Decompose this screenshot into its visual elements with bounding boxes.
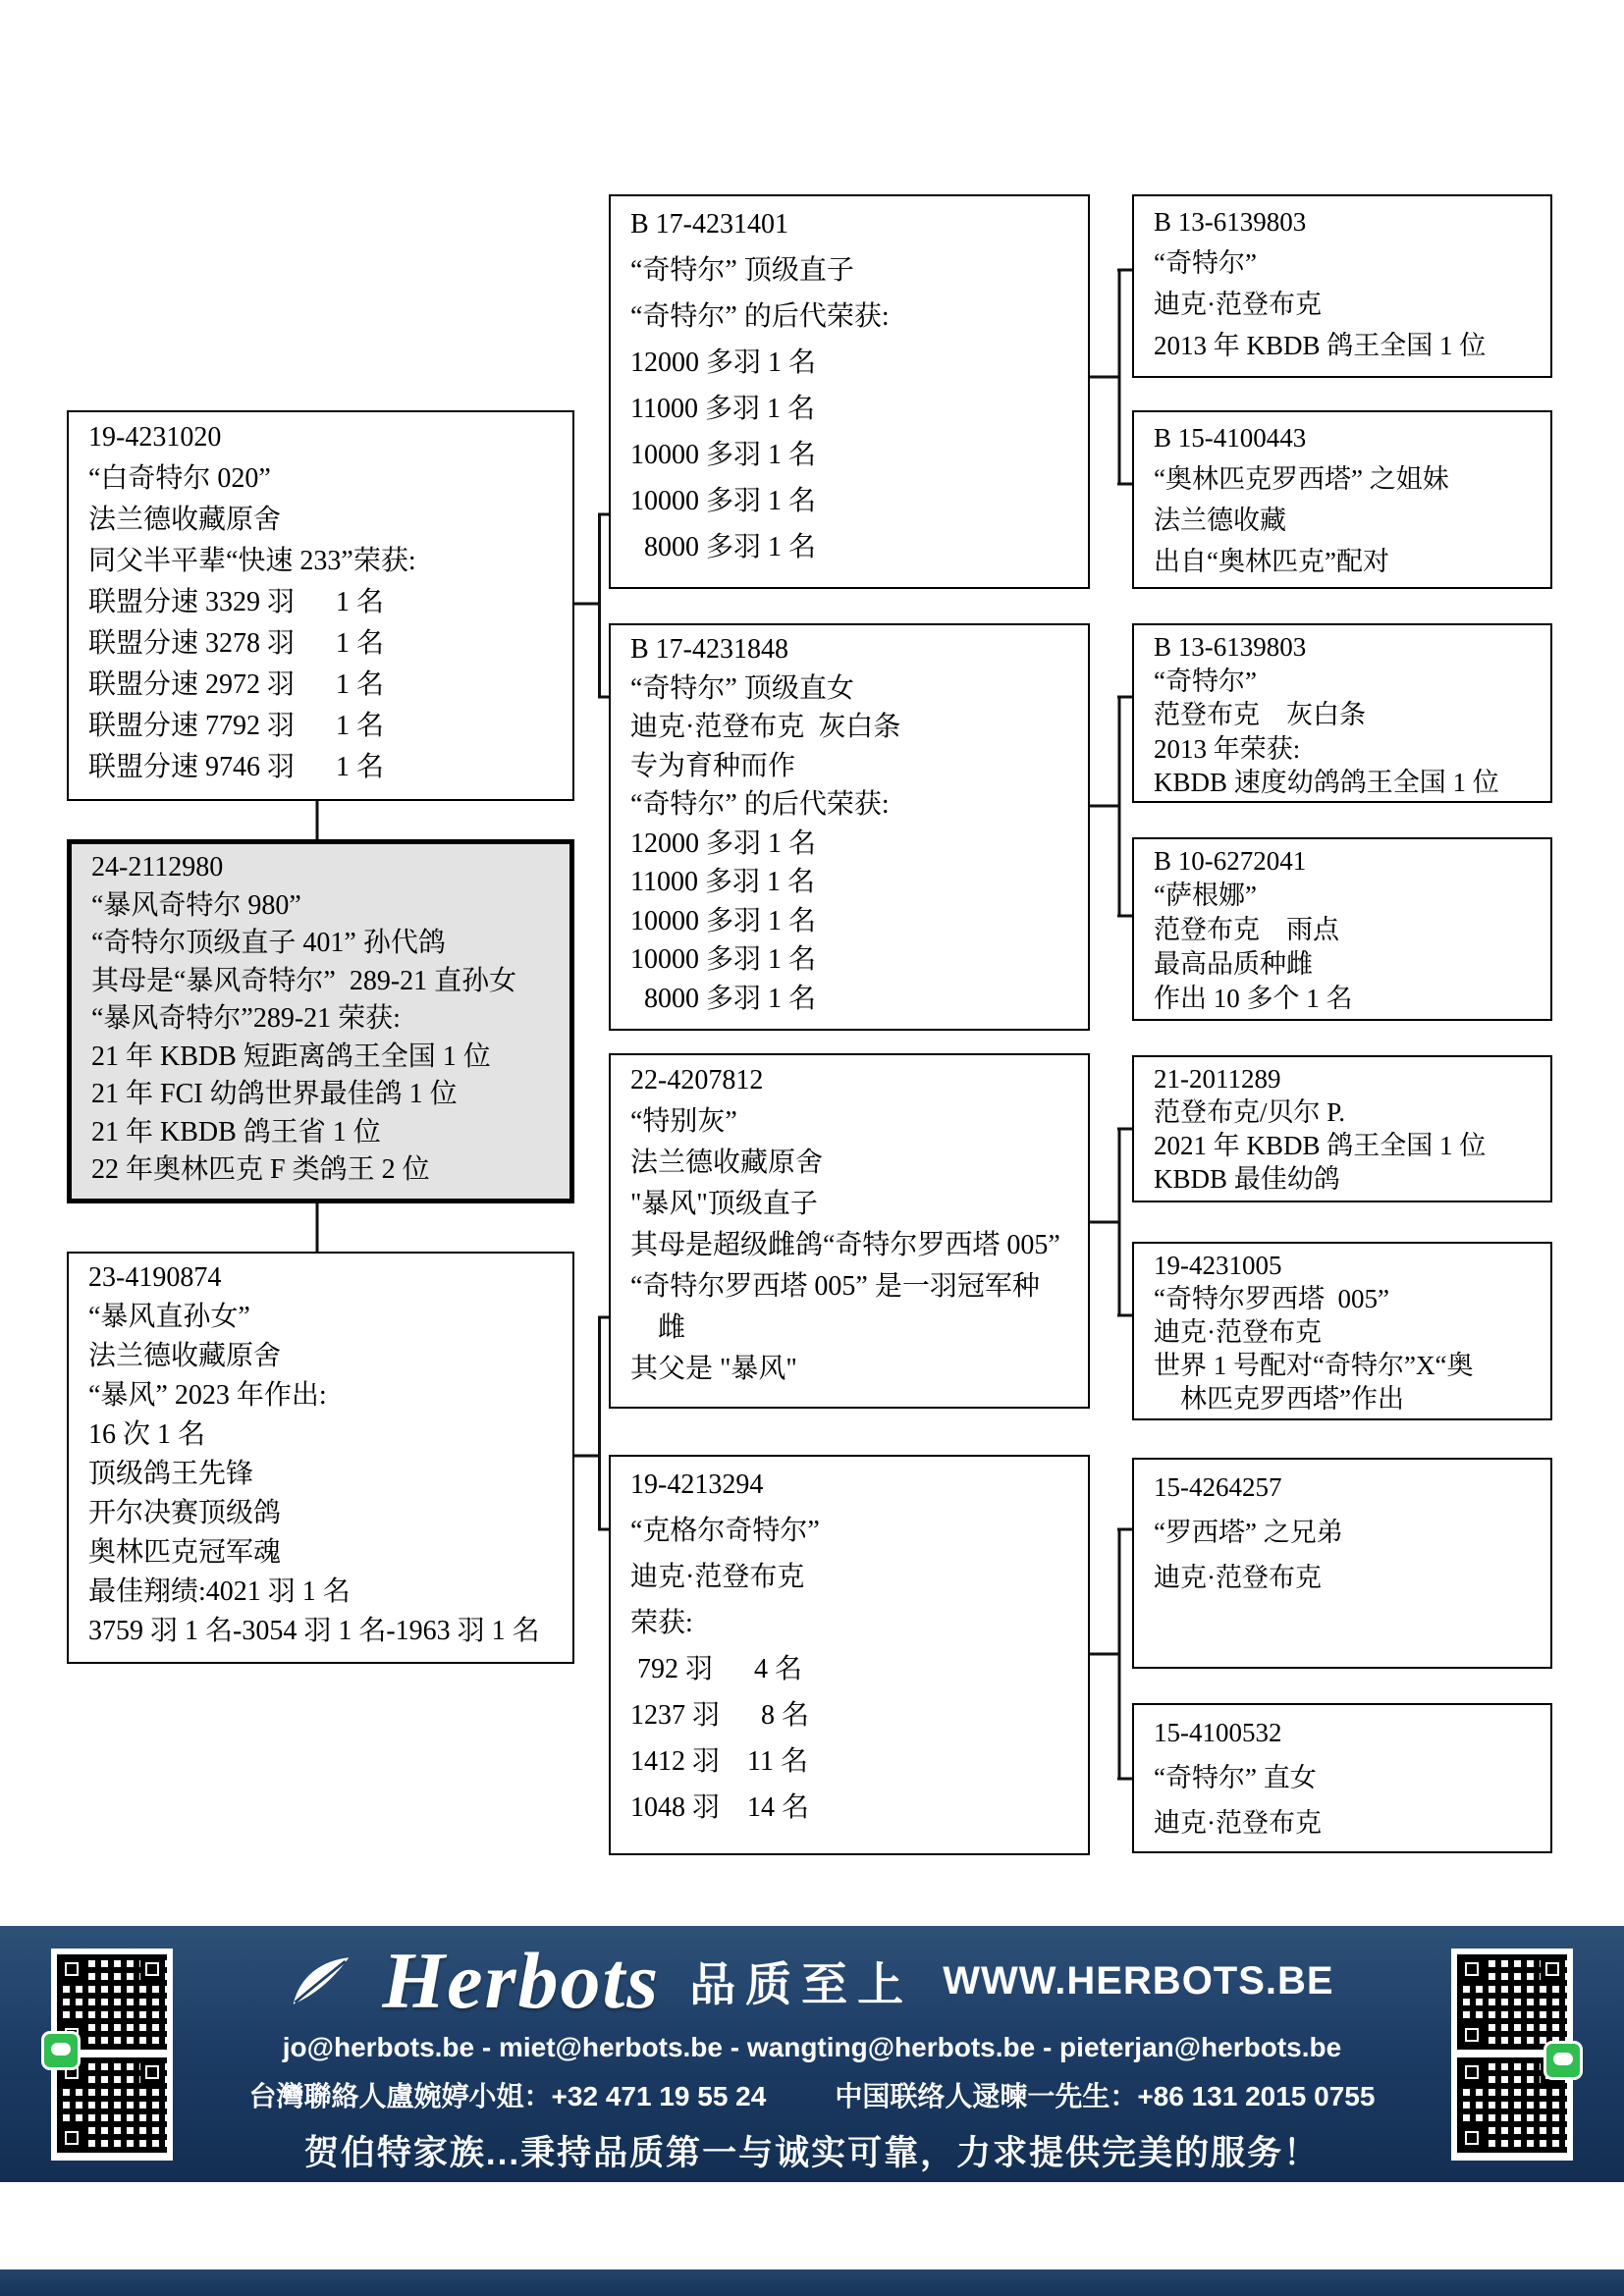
text-line: 3759 羽 1 名-3054 羽 1 名-1963 羽 1 名 bbox=[88, 1612, 565, 1651]
qr-panel-left bbox=[51, 1949, 173, 2161]
text-line: 8000 多羽 1 名 bbox=[630, 980, 1080, 1019]
text-line: 21 年 FCI 幼鸽世界最佳鸽 1 位 bbox=[91, 1076, 562, 1114]
text-line: “罗西塔” 之兄弟 bbox=[1154, 1510, 1543, 1555]
text-line: 8000 多羽 1 名 bbox=[630, 524, 1080, 570]
text-line: B 15-4100443 bbox=[1154, 417, 1543, 458]
text-line: “奇特尔” 顶级直女 bbox=[630, 669, 1080, 709]
text-line: 11000 多羽 1 名 bbox=[630, 863, 1080, 902]
text-line: 12000 多羽 1 名 bbox=[630, 825, 1080, 864]
text-line: “奇特尔” 的后代荣获: bbox=[630, 294, 1080, 340]
text-line: 范登布克 灰白条 bbox=[1154, 698, 1543, 732]
ggp8-box-text: 15-4100532“奇特尔” 直女迪克·范登布克 bbox=[1134, 1705, 1550, 1845]
text-line: 22-4207812 bbox=[630, 1060, 1080, 1101]
text-line: 范登布克/贝尔 P. bbox=[1154, 1095, 1543, 1129]
text-line: 其父是 "暴风" bbox=[630, 1349, 1080, 1390]
maternal-granddam-box-text: 19-4213294“克格尔奇特尔”迪克·范登布克荣获: 792 羽 4 名12… bbox=[611, 1457, 1088, 1831]
ggp6-box: 19-4231005“奇特尔罗西塔 005”迪克·范登布克世界 1 号配对“奇特… bbox=[1132, 1242, 1552, 1420]
ggp4-box: B 10-6272041“萨根娜”范登布克 雨点最高品质种雌作出 10 多个 1… bbox=[1132, 837, 1552, 1021]
text-line: 迪克·范登布克 bbox=[1154, 1555, 1543, 1600]
text-line: 联盟分速 3329 羽 1 名 bbox=[88, 582, 565, 623]
text-line: 作出 10 多个 1 名 bbox=[1154, 982, 1543, 1016]
text-line: 21-2011289 bbox=[1154, 1062, 1543, 1095]
paternal-granddam-box: B 17-4231848“奇特尔” 顶级直女迪克·范登布克 灰白条专为育种而作“… bbox=[609, 623, 1090, 1031]
ggp5-box-text: 21-2011289范登布克/贝尔 P.2021 年 KBDB 鸽王全国 1 位… bbox=[1134, 1057, 1550, 1196]
text-line: 法兰德收藏 bbox=[1154, 500, 1543, 541]
pedigree-page: { "colors": { "line": "#111111", "highli… bbox=[0, 0, 1624, 2296]
text-line: “特别灰” bbox=[630, 1101, 1080, 1143]
qr-code-icon bbox=[1457, 1954, 1567, 2050]
subject-box: 24-2112980“暴风奇特尔 980”“奇特尔顶级直子 401” 孙代鸽其母… bbox=[67, 839, 574, 1203]
text-line: “白奇特尔 020” bbox=[88, 458, 565, 500]
ggp7-box: 15-4264257“罗西塔” 之兄弟迪克·范登布克 bbox=[1132, 1458, 1552, 1669]
footer-tagline: 贺伯特家族...秉持品质第一与诚实可靠，力求提供完美的服务！ bbox=[196, 2126, 1428, 2175]
ggp3-box-text: B 13-6139803“奇特尔”范登布克 灰白条2013 年荣获:KBDB 速… bbox=[1134, 625, 1550, 800]
ggp8-box: 15-4100532“奇特尔” 直女迪克·范登布克 bbox=[1132, 1703, 1552, 1853]
text-line: 同父半平辈“快速 233”荣获: bbox=[88, 541, 565, 582]
text-line: 10000 多羽 1 名 bbox=[630, 940, 1080, 980]
sire-box: 19-4231020“白奇特尔 020”法兰德收藏原舍同父半平辈“快速 233”… bbox=[67, 410, 574, 801]
wechat-icon bbox=[1543, 2041, 1583, 2080]
text-line: “奇特尔罗西塔 005” 是一羽冠军种 bbox=[630, 1266, 1080, 1308]
paternal-grandsire-box-text: B 17-4231401“奇特尔” 顶级直子“奇特尔” 的后代荣获:12000 … bbox=[611, 196, 1088, 570]
text-line: “暴风奇特尔 980” bbox=[91, 887, 562, 926]
text-line: 12000 多羽 1 名 bbox=[630, 340, 1080, 386]
text-line: 迪克·范登布克 bbox=[1154, 284, 1543, 325]
subject-box-text: 24-2112980“暴风奇特尔 980”“奇特尔顶级直子 401” 孙代鸽其母… bbox=[72, 844, 569, 1190]
text-line: 19-4231005 bbox=[1154, 1249, 1543, 1282]
text-line: 10000 多羽 1 名 bbox=[630, 432, 1080, 478]
text-line: “暴风” 2023 年作出: bbox=[88, 1376, 565, 1415]
text-line: 1412 羽 11 名 bbox=[630, 1738, 1080, 1785]
text-line: 10000 多羽 1 名 bbox=[630, 902, 1080, 941]
text-line: B 17-4231401 bbox=[630, 201, 1080, 247]
text-line: 世界 1 号配对“奇特尔”X“奥 bbox=[1154, 1349, 1543, 1382]
text-line: “奇特尔” bbox=[1154, 665, 1543, 699]
footer-contacts: 台灣聯絡人盧婉婷小姐：+32 471 19 55 24 中国联络人逯暕一先生：+… bbox=[196, 2075, 1428, 2114]
text-line: 1048 羽 14 名 bbox=[630, 1785, 1080, 1831]
text-line: 其母是超级雌鸽“奇特尔罗西塔 005” bbox=[630, 1225, 1080, 1266]
text-line: 迪克·范登布克 bbox=[1154, 1315, 1543, 1349]
maternal-granddam-box: 19-4213294“克格尔奇特尔”迪克·范登布克荣获: 792 羽 4 名12… bbox=[609, 1455, 1090, 1855]
ggp4-box-text: B 10-6272041“萨根娜”范登布克 雨点最高品质种雌作出 10 多个 1… bbox=[1134, 839, 1550, 1016]
text-line: B 10-6272041 bbox=[1154, 844, 1543, 879]
text-line: 11000 多羽 1 名 bbox=[630, 386, 1080, 432]
text-line: “奇特尔罗西塔 005” bbox=[1154, 1282, 1543, 1315]
qr-code-icon bbox=[57, 2057, 167, 2153]
text-line: “暴风直孙女” bbox=[88, 1298, 565, 1337]
text-line: 林匹克罗西塔”作出 bbox=[1154, 1382, 1543, 1415]
text-line: 联盟分速 3278 羽 1 名 bbox=[88, 623, 565, 665]
text-line: “奇特尔顶级直子 401” 孙代鸽 bbox=[91, 925, 562, 963]
text-line: “奇特尔” 的后代荣获: bbox=[630, 785, 1080, 825]
text-line: B 17-4231848 bbox=[630, 630, 1080, 669]
paternal-grandsire-box: B 17-4231401“奇特尔” 顶级直子“奇特尔” 的后代荣获:12000 … bbox=[609, 194, 1090, 589]
text-line: B 13-6139803 bbox=[1154, 201, 1543, 242]
text-line: 法兰德收藏原舍 bbox=[630, 1143, 1080, 1184]
text-line: 联盟分速 9746 羽 1 名 bbox=[88, 747, 565, 788]
line-app-icon bbox=[41, 2031, 81, 2070]
ggp5-box: 21-2011289范登布克/贝尔 P.2021 年 KBDB 鸽王全国 1 位… bbox=[1132, 1055, 1552, 1202]
text-line: 法兰德收藏原舍 bbox=[88, 500, 565, 541]
text-line: 792 羽 4 名 bbox=[630, 1646, 1080, 1692]
text-line: 联盟分速 2972 羽 1 名 bbox=[88, 665, 565, 706]
text-line: 24-2112980 bbox=[91, 849, 562, 887]
text-line: 开尔决赛顶级鸽 bbox=[88, 1494, 565, 1533]
text-line: 联盟分速 7792 羽 1 名 bbox=[88, 706, 565, 747]
ggp2-box-text: B 15-4100443“奥林匹克罗西塔” 之姐妹法兰德收藏出自“奥林匹克”配对 bbox=[1134, 412, 1550, 582]
text-line: B 13-6139803 bbox=[1154, 630, 1543, 665]
text-line: 法兰德收藏原舍 bbox=[88, 1337, 565, 1376]
sire-box-text: 19-4231020“白奇特尔 020”法兰德收藏原舍同父半平辈“快速 233”… bbox=[69, 412, 572, 788]
qr-panel-right bbox=[1451, 1949, 1573, 2161]
text-line: 15-4264257 bbox=[1154, 1465, 1543, 1510]
text-line: 10000 多羽 1 名 bbox=[630, 478, 1080, 524]
footer-slogan: 品质至上 bbox=[689, 1949, 913, 2014]
ggp6-box-text: 19-4231005“奇特尔罗西塔 005”迪克·范登布克世界 1 号配对“奇特… bbox=[1134, 1244, 1550, 1415]
text-line: “奇特尔” bbox=[1154, 242, 1543, 284]
text-line: “奥林匹克罗西塔” 之姐妹 bbox=[1154, 458, 1543, 500]
text-line: 21 年 KBDB 鸽王省 1 位 bbox=[91, 1114, 562, 1152]
text-line: “奇特尔” 顶级直子 bbox=[630, 247, 1080, 294]
ggp2-box: B 15-4100443“奥林匹克罗西塔” 之姐妹法兰德收藏出自“奥林匹克”配对 bbox=[1132, 410, 1552, 589]
text-line: “奇特尔” 直女 bbox=[1154, 1755, 1543, 1800]
text-line: KBDB 最佳幼鸽 bbox=[1154, 1162, 1543, 1196]
herbots-logo: Herbots bbox=[382, 1935, 660, 2027]
text-line: KBDB 速度幼鸽鸽王全国 1 位 bbox=[1154, 766, 1543, 800]
text-line: 23-4190874 bbox=[88, 1258, 565, 1298]
contact-china: 中国联络人逯暕一先生：+86 131 2015 0755 bbox=[835, 2075, 1375, 2114]
ggp1-box-text: B 13-6139803“奇特尔”迪克·范登布克2013 年 KBDB 鸽王全国… bbox=[1134, 196, 1550, 366]
maternal-grandsire-box-text: 22-4207812“特别灰”法兰德收藏原舍"暴风"顶级直子其母是超级雌鸽“奇特… bbox=[611, 1055, 1088, 1390]
text-line: 15-4100532 bbox=[1154, 1710, 1543, 1755]
text-line: “暴风奇特尔”289-21 荣获: bbox=[91, 1000, 562, 1039]
text-line: 范登布克 雨点 bbox=[1154, 913, 1543, 947]
text-line: 16 次 1 名 bbox=[88, 1415, 565, 1455]
text-line: 迪克·范登布克 灰白条 bbox=[630, 708, 1080, 747]
footer-emails[interactable]: jo@herbots.be - miet@herbots.be - wangti… bbox=[196, 2032, 1428, 2063]
text-line: 2021 年 KBDB 鸽王全国 1 位 bbox=[1154, 1129, 1543, 1162]
text-line: 2013 年荣获: bbox=[1154, 732, 1543, 767]
text-line: 19-4213294 bbox=[630, 1462, 1080, 1508]
text-line: 顶级鸽王先锋 bbox=[88, 1455, 565, 1494]
contact-taiwan: 台灣聯絡人盧婉婷小姐：+32 471 19 55 24 bbox=[249, 2075, 767, 2114]
ggp3-box: B 13-6139803“奇特尔”范登布克 灰白条2013 年荣获:KBDB 速… bbox=[1132, 623, 1552, 803]
text-line: 迪克·范登布克 bbox=[630, 1554, 1080, 1600]
feather-icon bbox=[290, 1953, 352, 2008]
footer-website-link[interactable]: WWW.HERBOTS.BE bbox=[943, 1959, 1333, 2003]
text-line: 荣获: bbox=[630, 1600, 1080, 1646]
text-line: 21 年 KBDB 短距离鸽王全国 1 位 bbox=[91, 1039, 562, 1077]
text-line: "暴风"顶级直子 bbox=[630, 1184, 1080, 1225]
text-line: 最佳翔绩:4021 羽 1 名 bbox=[88, 1573, 565, 1612]
paternal-granddam-box-text: B 17-4231848“奇特尔” 顶级直女迪克·范登布克 灰白条专为育种而作“… bbox=[611, 625, 1088, 1018]
maternal-grandsire-box: 22-4207812“特别灰”法兰德收藏原舍"暴风"顶级直子其母是超级雌鸽“奇特… bbox=[609, 1053, 1090, 1409]
bottom-bar bbox=[0, 2269, 1624, 2296]
text-line: 迪克·范登布克 bbox=[1154, 1800, 1543, 1845]
footer-banner: Herbots 品质至上 WWW.HERBOTS.BE jo@herbots.b… bbox=[0, 1926, 1624, 2182]
text-line: 22 年奥林匹克 F 类鸽王 2 位 bbox=[91, 1151, 562, 1190]
text-line: 19-4231020 bbox=[88, 417, 565, 458]
text-line: 雌 bbox=[630, 1308, 1080, 1349]
text-line: “克格尔奇特尔” bbox=[630, 1508, 1080, 1554]
text-line: 1237 羽 8 名 bbox=[630, 1692, 1080, 1738]
dam-box: 23-4190874“暴风直孙女”法兰德收藏原舍“暴风” 2023 年作出:16… bbox=[67, 1252, 574, 1664]
text-line: 专为育种而作 bbox=[630, 747, 1080, 786]
text-line: 奥林匹克冠军魂 bbox=[88, 1533, 565, 1573]
ggp7-box-text: 15-4264257“罗西塔” 之兄弟迪克·范登布克 bbox=[1134, 1460, 1550, 1600]
text-line: “萨根娜” bbox=[1154, 879, 1543, 913]
dam-box-text: 23-4190874“暴风直孙女”法兰德收藏原舍“暴风” 2023 年作出:16… bbox=[69, 1254, 572, 1651]
text-line: 最高品质种雌 bbox=[1154, 947, 1543, 982]
text-line: 2013 年 KBDB 鸽王全国 1 位 bbox=[1154, 325, 1543, 366]
footer-logo-row: Herbots 品质至上 WWW.HERBOTS.BE bbox=[196, 1932, 1428, 2030]
text-line: 出自“奥林匹克”配对 bbox=[1154, 541, 1543, 582]
text-line: 其母是“暴风奇特尔” 289-21 直孙女 bbox=[91, 963, 562, 1001]
ggp1-box: B 13-6139803“奇特尔”迪克·范登布克2013 年 KBDB 鸽王全国… bbox=[1132, 194, 1552, 378]
